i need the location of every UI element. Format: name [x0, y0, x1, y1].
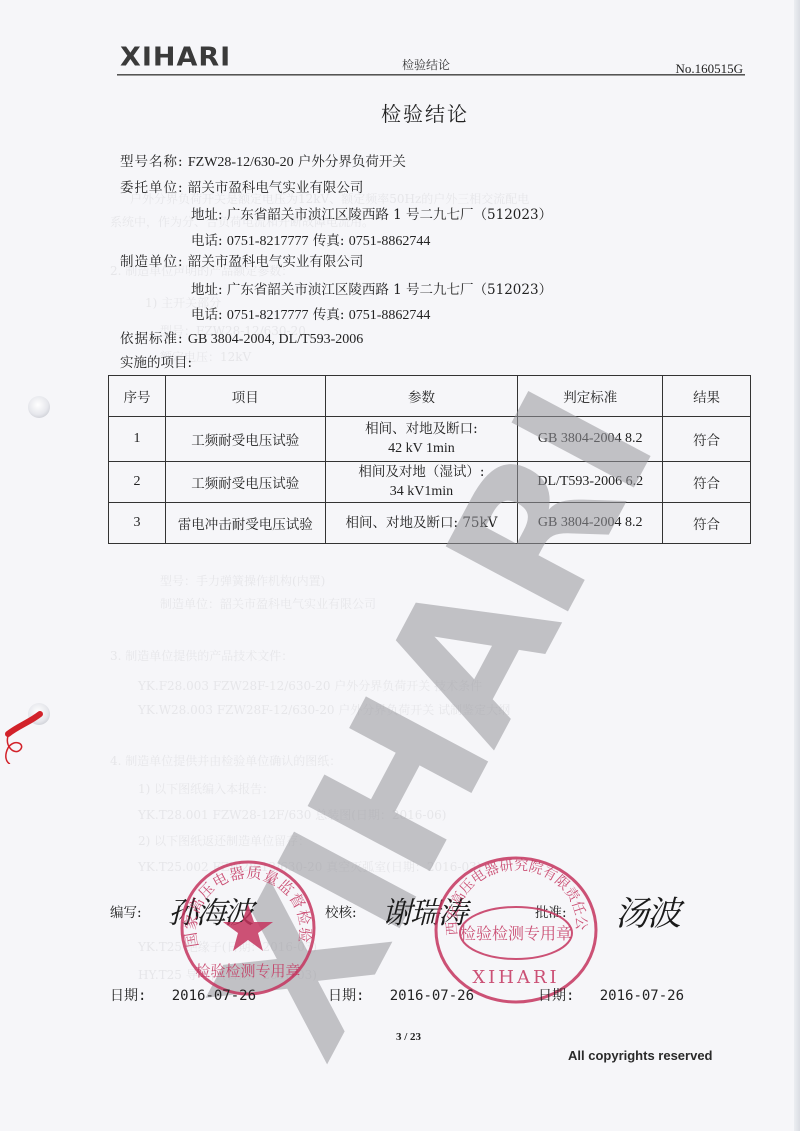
manufacturer-phone: 0751-8217777 [227, 308, 309, 323]
checked-label: 校核: [325, 901, 357, 921]
manufacturer-fax: 0751-8862744 [349, 308, 431, 323]
approved-signature: 汤波 [615, 886, 679, 935]
client-phone: 0751-8217777 [227, 234, 309, 249]
client-line: 委托单位: 韶关市盈科电气实业有限公司 [120, 176, 363, 196]
test-results-table: 序号 项目 参数 判定标准 结果 1 工频耐受电压试验 相间、对地及断口: 42… [108, 375, 751, 544]
binding-hole-top [28, 396, 50, 418]
approved-date: 2016-07-26 [600, 988, 684, 1004]
date-label: 日期: [328, 988, 364, 1004]
table-row: 3 雷电冲击耐受电压试验 相间、对地及断口: 75kV GB 3804-2004… [109, 503, 751, 544]
bleed-through-text: HY.T25 导电杆(日期：2016-03) [138, 966, 317, 983]
param-line-1: 相间及对地（湿试）: [326, 462, 518, 482]
compiled-label: 编写: [110, 901, 142, 921]
bleed-through-text: 制造单位：韶关市盈科电气实业有限公司 [160, 595, 376, 612]
date-label: 日期: [538, 988, 574, 1004]
header-result: 结果 [663, 376, 751, 417]
manufacturer-address: 广东省韶关市浈江区陵西路 1 号二九七厂（512023） [227, 282, 552, 298]
standard-value: GB 3804-2004, DL/T593-2006 [188, 332, 363, 347]
page-number: 3 / 23 [396, 1031, 421, 1043]
company-logo: XIHARI [120, 43, 231, 72]
bleed-through-text: YK.T25 绝缘子(日期：2016-03) [138, 938, 317, 955]
manufacturer-label: 制造单位: [120, 254, 184, 270]
cell-standard: GB 3804-2004 8.2 [518, 503, 663, 544]
cell-param: 相间、对地及断口: 42 kV 1min [325, 417, 518, 462]
client-name: 韶关市盈科电气实业有限公司 [188, 180, 364, 196]
param-line-2: 34 kV1min [326, 482, 518, 502]
bleed-through-text: YK.T28.001 FZW28-12F/630 总装图(日期：2016-06) [138, 806, 446, 823]
model-label: 型号名称: [120, 154, 184, 170]
compiled-signature: 孙海波 [168, 888, 252, 932]
client-address-label: 地址: [191, 207, 223, 223]
bleed-through-text: 型号：手力弹簧操作机构(内置) [160, 572, 325, 589]
client-phone-line: 电话: 0751-8217777 传真: 0751-8862744 [191, 229, 430, 250]
client-phone-label: 电话: [191, 233, 223, 249]
manufacturer-phone-line: 电话: 0751-8217777 传真: 0751-8862744 [191, 303, 430, 324]
standard-line: 依据标准: GB 3804-2004, DL/T593-2006 [120, 327, 363, 348]
bleed-through-text: 3. 制造单位提供的产品技术文件： [110, 647, 293, 664]
copyright-notice: All copyrights reserved [568, 1048, 713, 1063]
cell-result: 符合 [663, 462, 751, 503]
cell-item: 工频耐受电压试验 [165, 417, 325, 462]
param-line-1: 相间、对地及断口: 75kV [326, 513, 518, 533]
param-line-2: 42 kV 1min [326, 439, 518, 459]
cell-item: 工频耐受电压试验 [165, 462, 325, 503]
param-line-1: 相间、对地及断口: [326, 419, 518, 439]
items-label: 实施的项目: [120, 351, 192, 371]
bleed-through-text: YK.W28.003 FZW28F-12/630-20 户外分界负荷开关 试制鉴… [138, 701, 510, 718]
cell-no: 1 [109, 417, 166, 462]
client-address: 广东省韶关市浈江区陵西路 1 号二九七厂（512023） [227, 207, 552, 223]
manufacturer-line: 制造单位: 韶关市盈科电气实业有限公司 [120, 250, 363, 270]
cell-standard: DL/T593-2006 6.2 [518, 462, 663, 503]
manufacturer-address-line: 地址: 广东省韶关市浈江区陵西路 1 号二九七厂（512023） [191, 278, 552, 298]
manufacturer-address-label: 地址: [191, 282, 223, 298]
cell-result: 符合 [663, 503, 751, 544]
cell-no: 3 [109, 503, 166, 544]
date-label: 日期: [110, 988, 146, 1004]
approved-date-row: 日期: 2016-07-26 [538, 985, 684, 1005]
table-row: 2 工频耐受电压试验 相间及对地（湿试）: 34 kV1min DL/T593-… [109, 462, 751, 503]
cell-item: 雷电冲击耐受电压试验 [165, 503, 325, 544]
header-no: 序号 [109, 376, 166, 417]
header-item: 项目 [165, 376, 325, 417]
checked-date: 2016-07-26 [390, 988, 474, 1004]
model-line: 型号名称: FZW28-12/630-20 户外分界负荷开关 [120, 150, 406, 171]
manufacturer-phone-label: 电话: [191, 307, 223, 323]
approved-label: 批准: [535, 901, 567, 921]
model-suffix: 户外分界负荷开关 [298, 154, 406, 170]
compiled-date: 2016-07-26 [172, 988, 256, 1004]
header-standard: 判定标准 [518, 376, 663, 417]
table-header-row: 序号 项目 参数 判定标准 结果 [109, 376, 751, 417]
client-address-line: 地址: 广东省韶关市浈江区陵西路 1 号二九七厂（512023） [191, 203, 552, 223]
cell-param: 相间、对地及断口: 75kV [325, 503, 518, 544]
header-section-title: 检验结论 [402, 56, 450, 73]
model-value: FZW28-12/630-20 [188, 155, 294, 170]
page-title: 检验结论 [0, 98, 800, 127]
manufacturer-fax-label: 传真: [313, 307, 345, 323]
client-fax: 0751-8862744 [349, 234, 431, 249]
cell-standard: GB 3804-2004 8.2 [518, 417, 663, 462]
cell-param: 相间及对地（湿试）: 34 kV1min [325, 462, 518, 503]
svg-text:检验检测专用章: 检验检测专用章 [460, 924, 572, 943]
bleed-through-text: YK.F28.003 FZW28F-12/630-20 户外分界负荷开关 技术条… [138, 677, 482, 694]
cell-no: 2 [109, 462, 166, 503]
compiled-date-row: 日期: 2016-07-26 [110, 985, 256, 1005]
binding-string-icon [0, 704, 50, 764]
client-fax-label: 传真: [313, 233, 345, 249]
cell-result: 符合 [663, 417, 751, 462]
bleed-through-text: 2) 以下图纸返还制造单位留存： [138, 832, 310, 849]
bleed-through-text: 1) 以下图纸编入本报告： [138, 780, 274, 797]
header-divider [117, 74, 745, 75]
bleed-through-text: 4. 制造单位提供并由检验单位确认的图纸： [110, 752, 341, 769]
standard-label: 依据标准: [120, 331, 184, 347]
client-label: 委托单位: [120, 180, 184, 196]
table-row: 1 工频耐受电压试验 相间、对地及断口: 42 kV 1min GB 3804-… [109, 417, 751, 462]
bleed-through-text: YK.T25.002 FZW28-12/630-20 真空灭弧室(日期：2016… [138, 858, 481, 875]
header-param: 参数 [325, 376, 518, 417]
page-edge [794, 0, 800, 1131]
checked-signature: 谢瑞涛 [382, 888, 466, 932]
manufacturer-name: 韶关市盈科电气实业有限公司 [188, 254, 364, 270]
checked-date-row: 日期: 2016-07-26 [328, 985, 474, 1005]
